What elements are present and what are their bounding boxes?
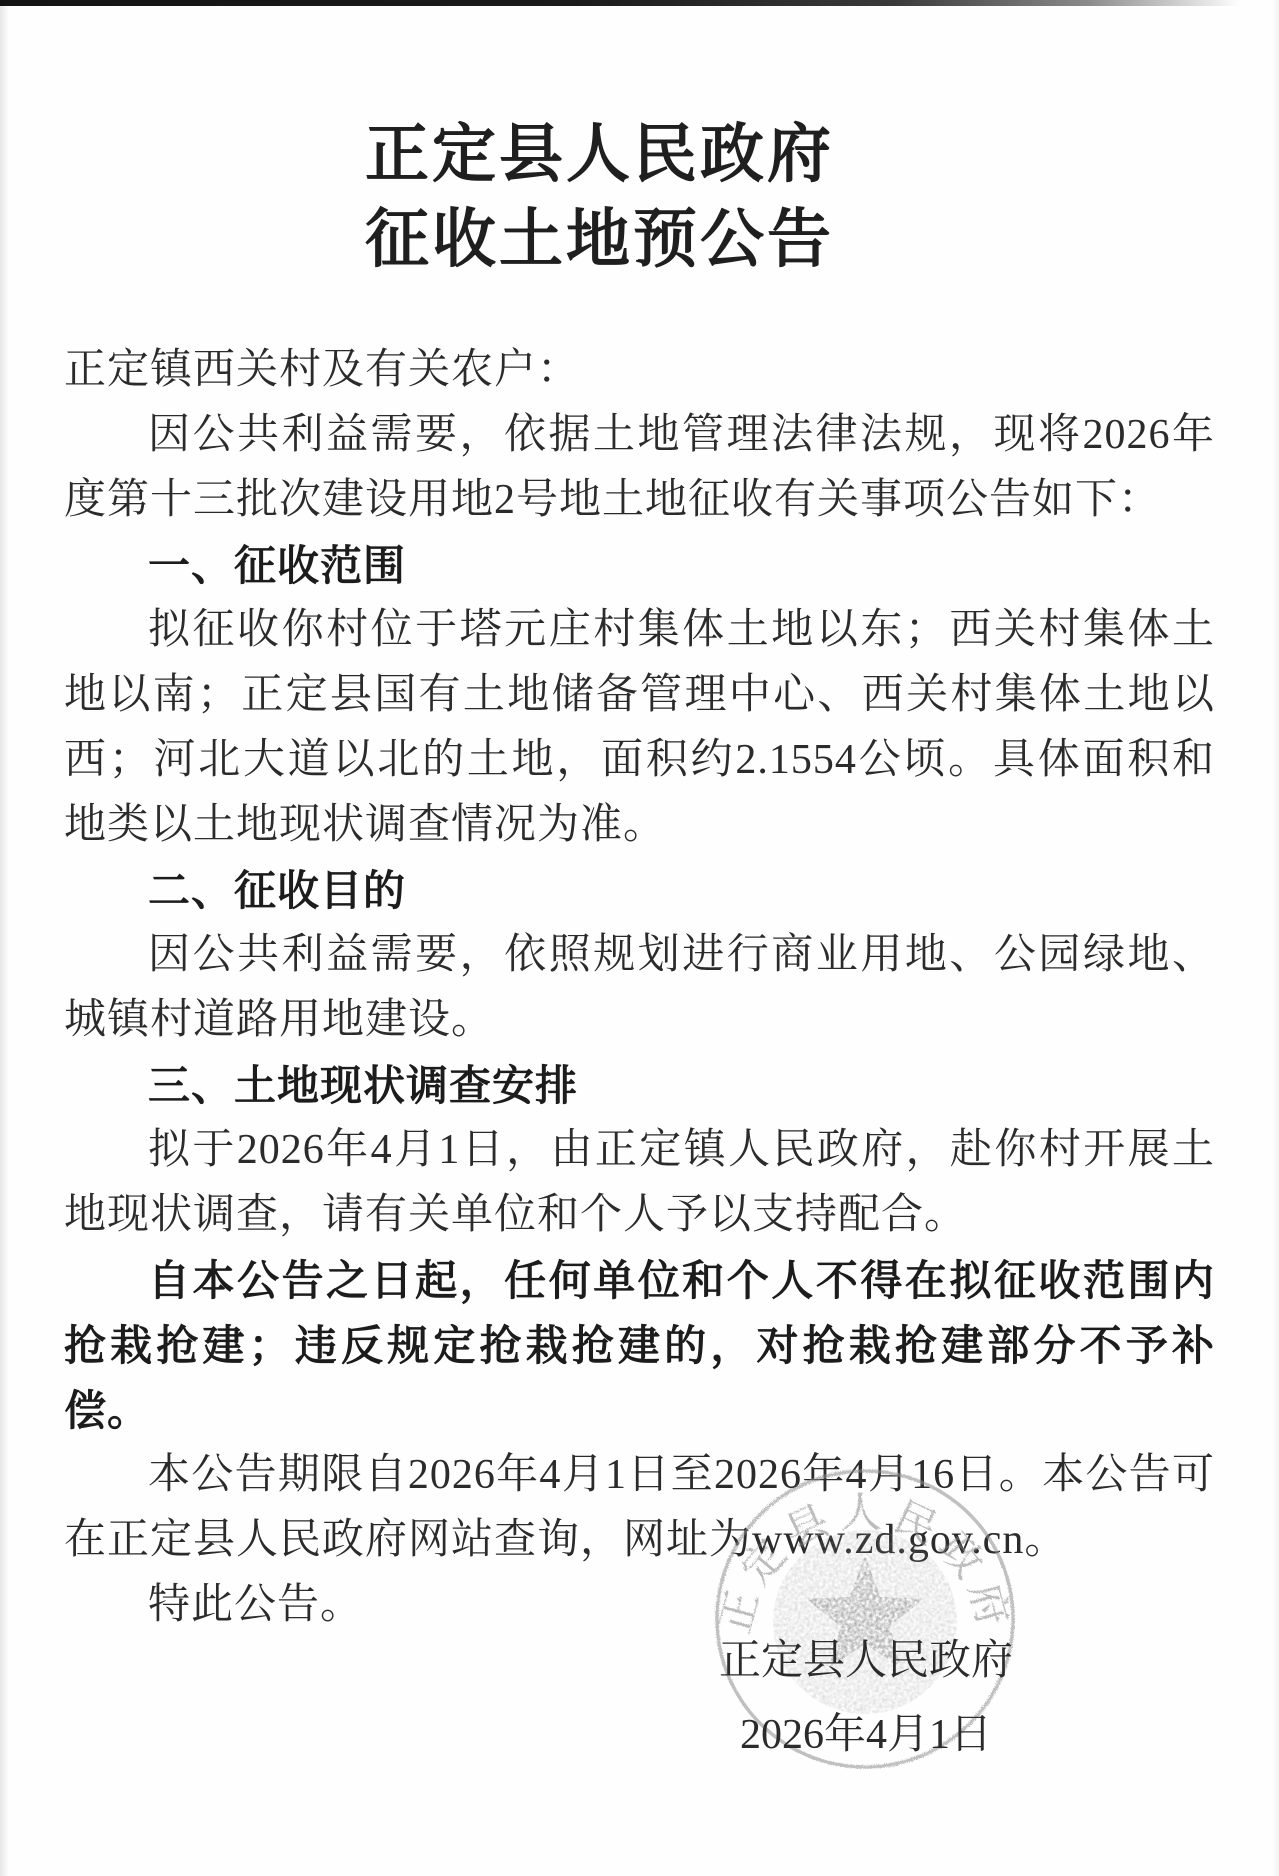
signature-block: 正定县人民政府 2026年4月1日 — [640, 1624, 1092, 1772]
section-1-body: 拟征收你村位于塔元庄村集体土地以东；西关村集体土地以南；正定县国有土地储备管理中… — [64, 598, 1215, 858]
section-1-heading: 一、征收范围 — [64, 533, 1215, 598]
scan-edge-artifact-top — [0, 0, 1279, 6]
intro-paragraph: 因公共利益需要，依据土地管理法律法规，现将2026年度第十三批次建设用地2号地土… — [64, 403, 1215, 533]
section-2-body: 因公共利益需要，依照规划进行商业用地、公园绿地、城镇村道路用地建设。 — [64, 923, 1215, 1053]
document-title: 正定县人民政府 征收土地预公告 — [0, 112, 1239, 282]
salutation: 正定镇西关村及有关农户： — [64, 338, 1215, 403]
signature-date: 2026年4月1日 — [640, 1698, 1092, 1772]
warning-paragraph: 自本公告之日起，任何单位和个人不得在拟征收范围内抢栽抢建；违反规定抢栽抢建的，对… — [64, 1248, 1215, 1443]
validity-paragraph: 本公告期限自2026年4月1日至2026年4月16日。本公告可在正定县人民政府网… — [64, 1443, 1215, 1573]
section-3-body: 拟于2026年4月1日，由正定镇人民政府，赴你村开展土地现状调查，请有关单位和个… — [64, 1118, 1215, 1248]
section-3-heading: 三、土地现状调查安排 — [64, 1053, 1215, 1118]
title-subject-line: 征收土地预公告 — [0, 197, 1239, 282]
scan-edge-artifact-right — [1272, 0, 1279, 1876]
scanned-announcement-page: 正定县人民政府 征收土地预公告 正定镇西关村及有关农户： 因公共利益需要，依据土… — [0, 0, 1279, 1876]
document-body: 正定镇西关村及有关农户： 因公共利益需要，依据土地管理法律法规，现将2026年度… — [0, 338, 1279, 1638]
signature-issuer: 正定县人民政府 — [640, 1624, 1092, 1698]
title-issuer-line: 正定县人民政府 — [0, 112, 1239, 197]
section-2-heading: 二、征收目的 — [64, 858, 1215, 923]
